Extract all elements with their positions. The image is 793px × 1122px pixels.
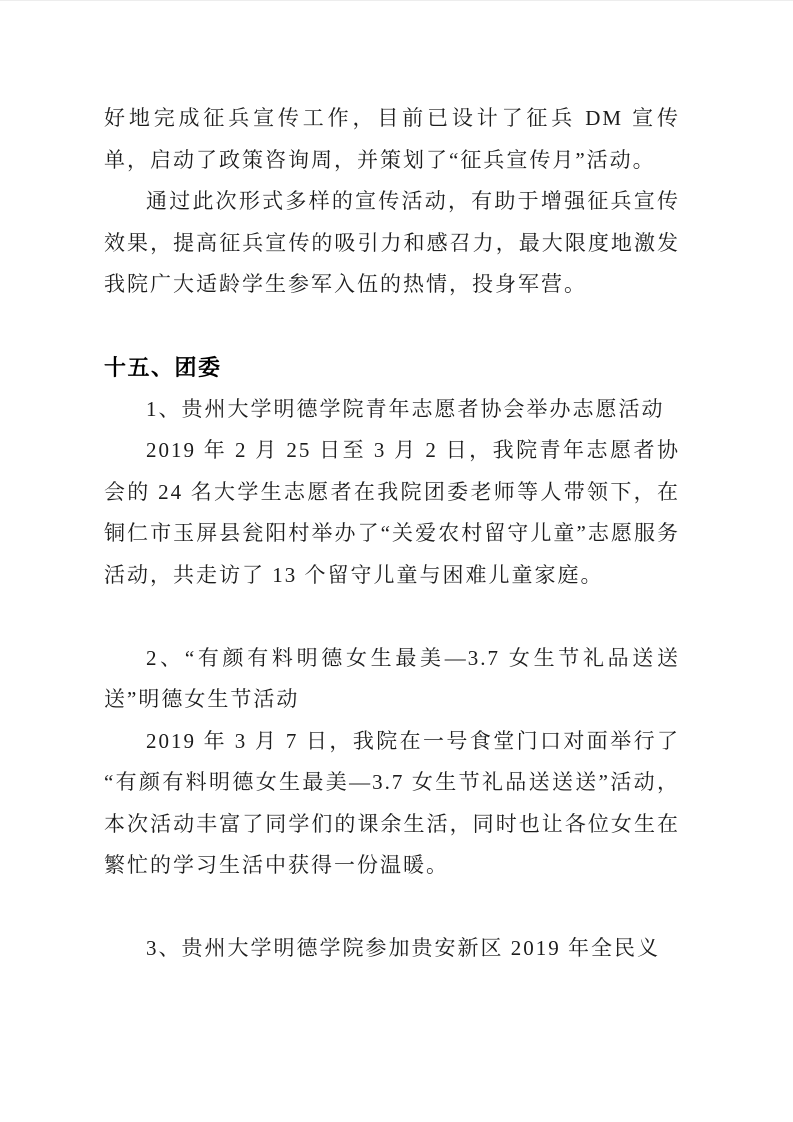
blank-line [104,887,680,929]
paragraph-recruitment-promo-materials: 好地完成征兵宣传工作，目前已设计了征兵 DM 宣传单，启动了政策咨询周，并策划了… [104,98,680,181]
paragraph-item1-volunteer-activity-detail: 2019 年 2 月 25 日至 3 月 2 日，我院青年志愿者协会的 24 名… [104,430,680,596]
blank-line [104,596,680,638]
paragraph-recruitment-promo-effect: 通过此次形式多样的宣传活动，有助于增强征兵宣传效果，提高征兵宣传的吸引力和感召力… [104,181,680,306]
page-content: 好地完成征兵宣传工作，目前已设计了征兵 DM 宣传单，启动了政策咨询周，并策划了… [104,98,680,970]
paragraph-item2-girls-day-detail: 2019 年 3 月 7 日，我院在一号食堂门口对面举行了“有颜有料明德女生最美… [104,721,680,887]
paragraph-item3-guian-new-district-title: 3、贵州大学明德学院参加贵安新区 2019 年全民义 [104,928,680,970]
section-heading-youth-league-committee: 十五、团委 [104,347,680,389]
paragraph-item1-volunteer-activity-title: 1、贵州大学明德学院青年志愿者协会举办志愿活动 [104,389,680,431]
document-page: 好地完成征兵宣传工作，目前已设计了征兵 DM 宣传单，启动了政策咨询周，并策划了… [0,0,793,1122]
blank-line [104,306,680,348]
paragraph-item2-girls-day-title: 2、“有颜有料明德女生最美—3.7 女生节礼品送送送”明德女生节活动 [104,638,680,721]
